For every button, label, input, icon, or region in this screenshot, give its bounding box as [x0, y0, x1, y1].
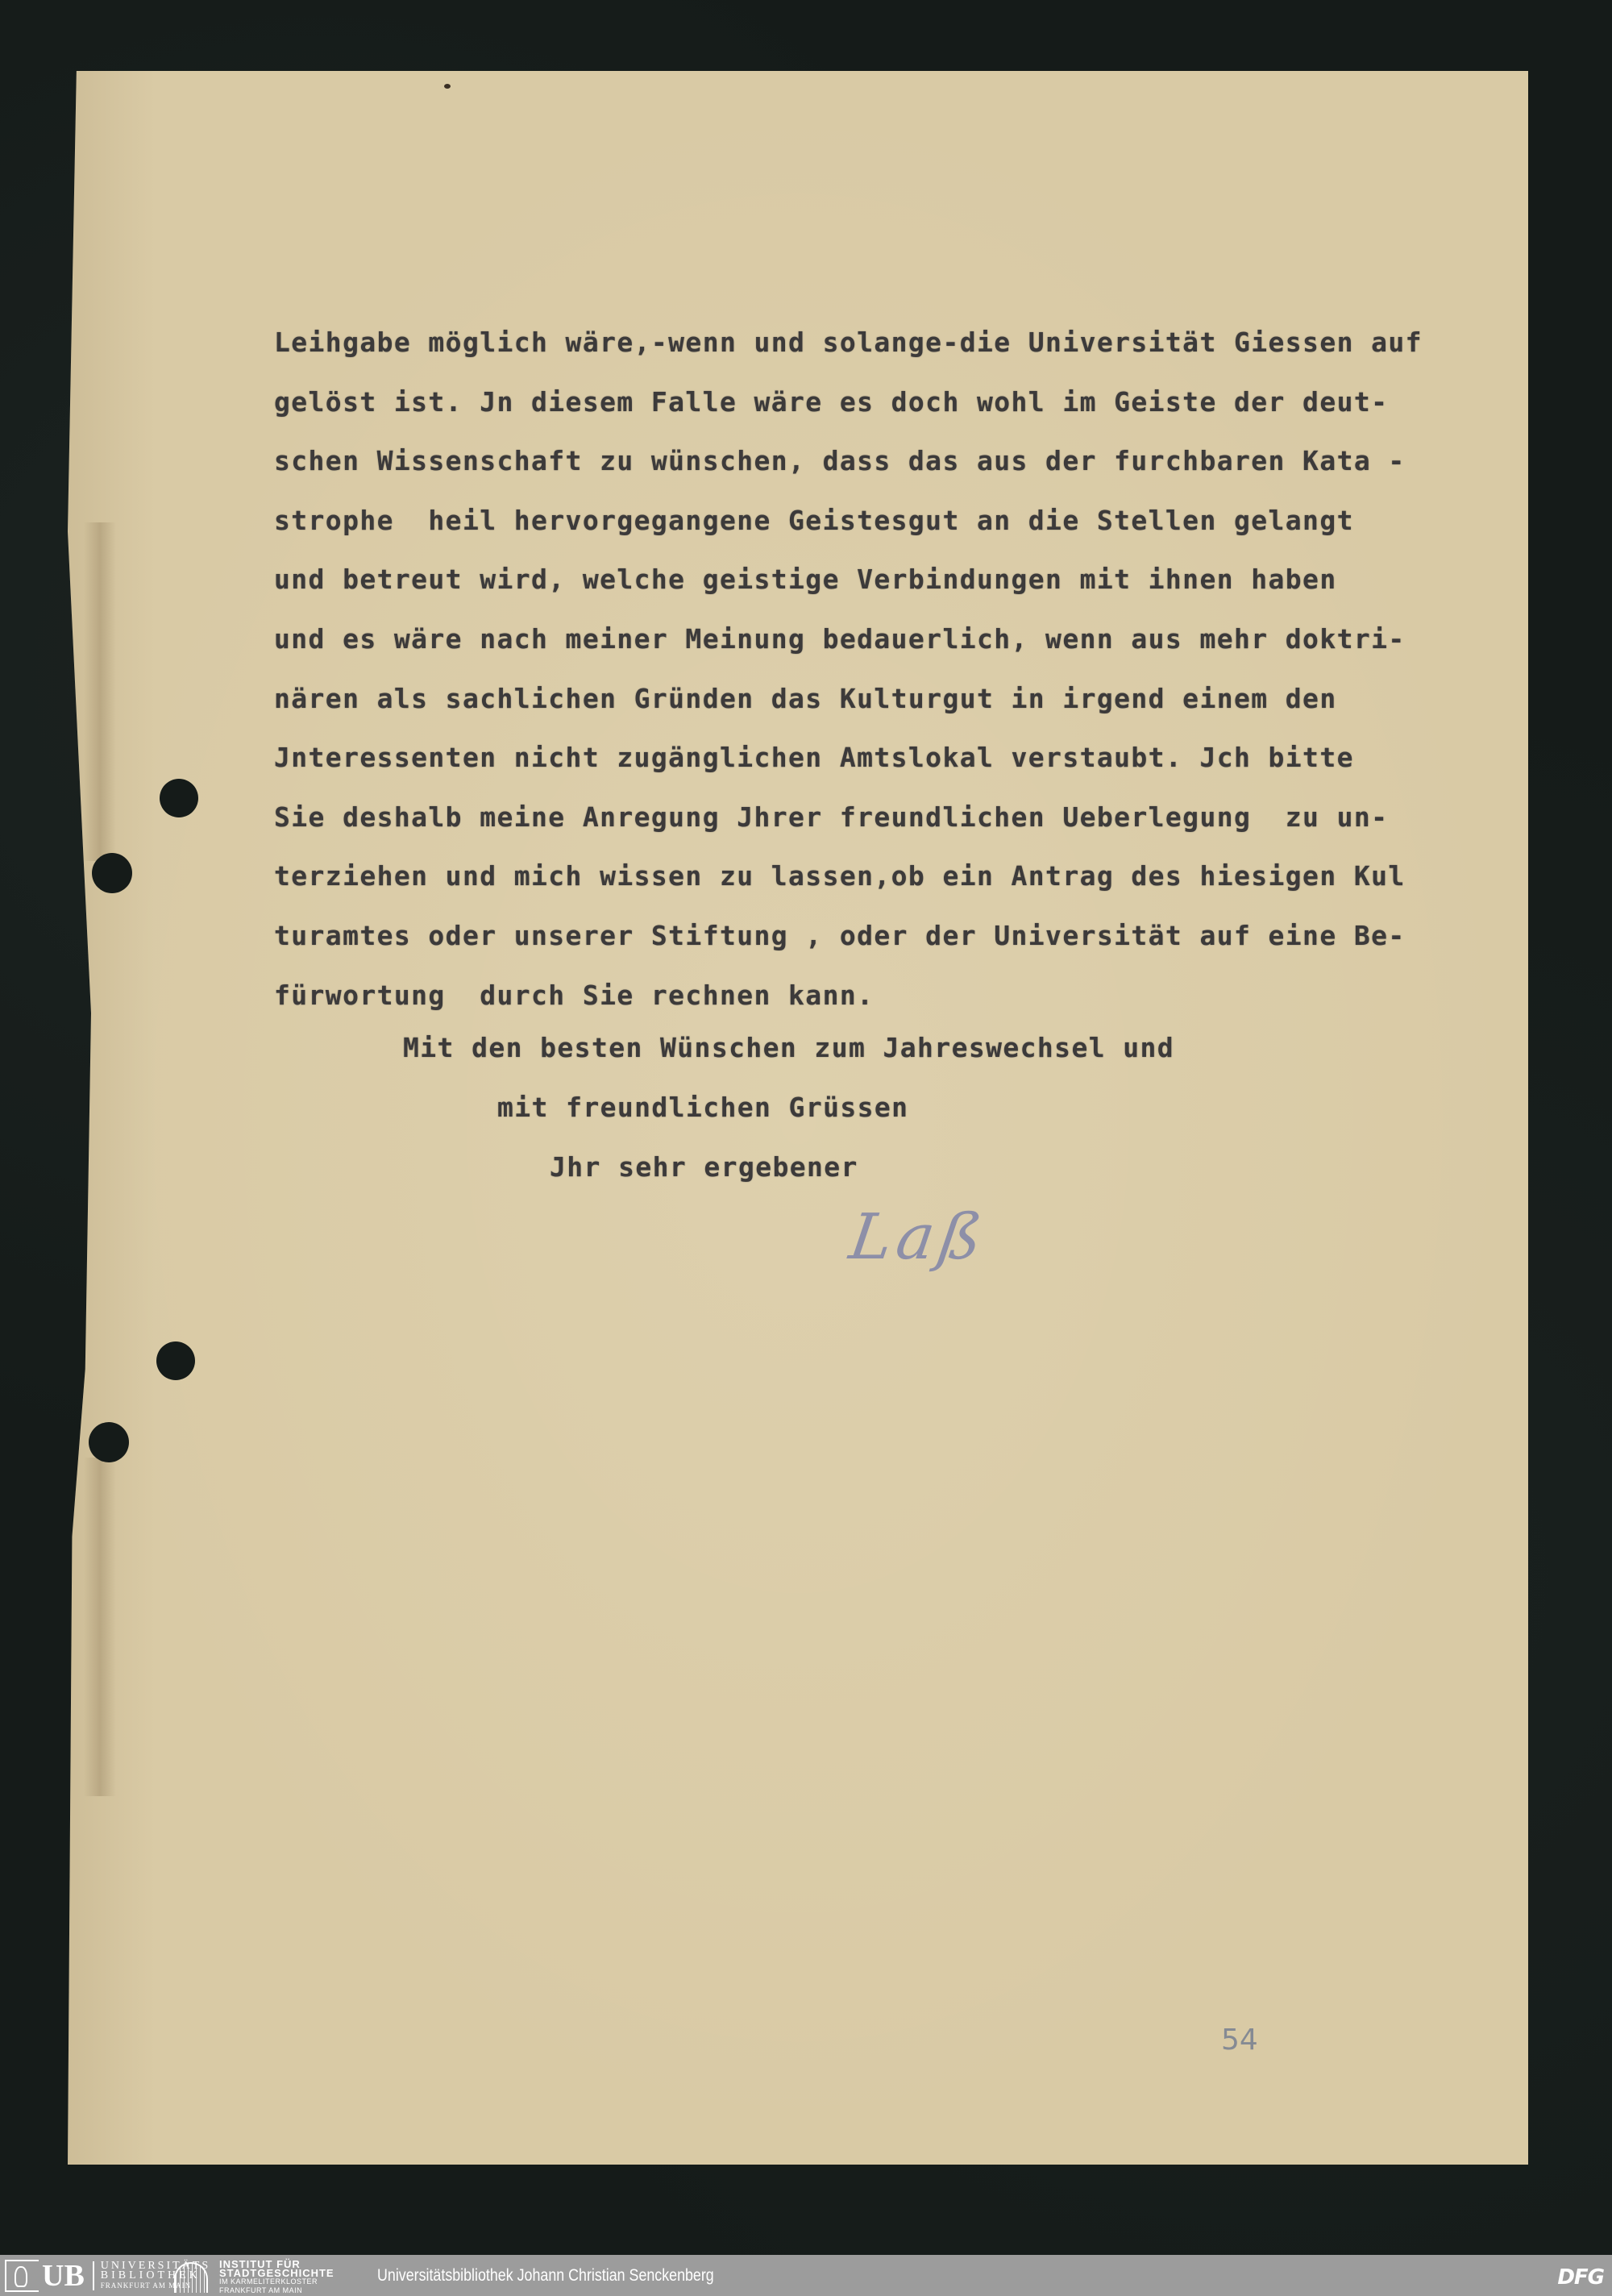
closing-line-3: Jhr sehr ergebener [550, 1151, 858, 1183]
body-line: fürwortung durch Sie rechnen kann. [274, 966, 1531, 1025]
punch-hole [160, 779, 198, 817]
goethe-portrait-icon [5, 2260, 39, 2292]
body-line: schen Wissenschaft zu wünschen, dass das… [274, 431, 1531, 491]
isg-line-4: FRANKFURT AM MAIN [219, 2286, 334, 2295]
dfg-logo[interactable]: DFG [1557, 2265, 1604, 2290]
punch-hole [89, 1422, 129, 1462]
body-line: und betreut wird, welche geistige Verbin… [274, 550, 1531, 609]
ink-speck [444, 84, 451, 89]
punch-hole [156, 1341, 195, 1380]
footer-bar: UB UNIVERSITÄTS BIBLIOTHEK FRANKFURT AM … [0, 2255, 1612, 2296]
handwritten-signature: Laß [845, 1201, 991, 1274]
library-title: Universitätsbibliothek Johann Christian … [377, 2266, 714, 2286]
ub-letters: UB [42, 2260, 85, 2292]
body-line: und es wäre nach meiner Meinung bedauerl… [274, 609, 1531, 669]
body-line: turamtes oder unserer Stiftung , oder de… [274, 906, 1531, 966]
folio-number: 54 [1221, 2024, 1258, 2057]
body-line: terziehen und mich wissen zu lassen,ob e… [274, 846, 1531, 906]
body-line: gelöst ist. Jn diesem Falle wäre es doch… [274, 372, 1531, 432]
closing-line-1: Mit den besten Wünschen zum Jahreswechse… [403, 1032, 1174, 1063]
body-line: Sie deshalb meine Anregung Jhrer freundl… [274, 788, 1531, 847]
body-line: nären als sachlichen Gründen das Kulturg… [274, 669, 1531, 729]
isg-logo[interactable]: INSTITUT FÜR STADTGESCHICHTE IM KARMELIT… [174, 2260, 334, 2295]
isg-line-3: IM KARMELITERKLOSTER [219, 2277, 334, 2286]
paper-fold [84, 1458, 116, 1796]
closing-line-2: mit freundlichen Grüssen [497, 1092, 908, 1123]
body-line: Jnteressenten nicht zugänglichen Amtslok… [274, 728, 1531, 788]
letter-body: Leihgabe möglich wäre,-wenn und solange-… [274, 313, 1531, 1025]
paper-fold [84, 522, 116, 861]
gothic-window-icon [174, 2262, 208, 2293]
punch-hole [92, 853, 132, 893]
body-line: strophe heil hervorgegangene Geistesgut … [274, 491, 1531, 551]
body-line: Leihgabe möglich wäre,-wenn und solange-… [274, 313, 1531, 372]
isg-text: INSTITUT FÜR STADTGESCHICHTE IM KARMELIT… [219, 2260, 334, 2295]
isg-line-2: STADTGESCHICHTE [219, 2269, 334, 2277]
